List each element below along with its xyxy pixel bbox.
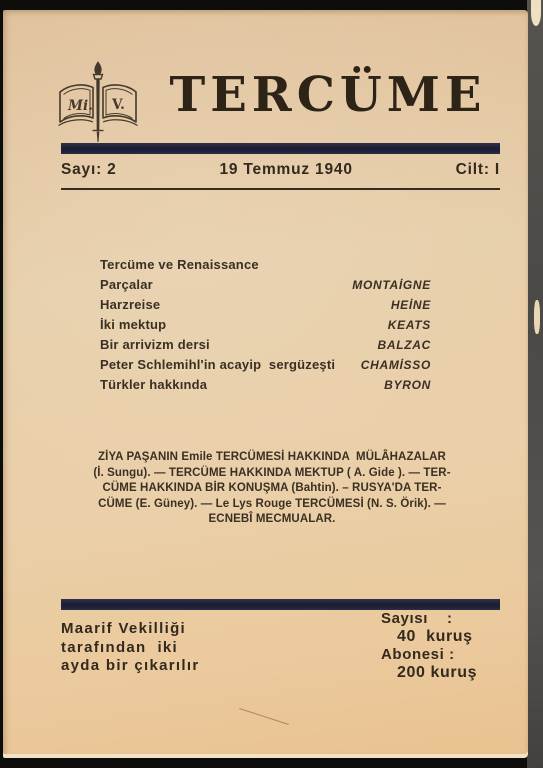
toc-entry-title: İki mektup (100, 317, 166, 332)
bottom-rule-bar (61, 599, 500, 610)
top-rule-bar (61, 143, 500, 154)
issue-number: Sayı: 2 (61, 161, 117, 179)
emblem-text-mi: Mi. (68, 100, 93, 114)
summary-line: ECNEBÎ MECMUALAR. (73, 512, 471, 528)
subscription-price-value: 200 kuruş (381, 664, 477, 682)
photo-frame: Mi. V. TERCÜME Sayı: 2 19 Temmuz 1940 Ci… (0, 0, 543, 768)
issue-info-row: Sayı: 2 19 Temmuz 1940 Cilt: I (61, 161, 500, 179)
toc-entry-author: MONTAİGNE (352, 278, 431, 292)
toc-entry-title: Parçalar (100, 277, 153, 292)
toc-entry-title: Türkler hakkında (100, 377, 207, 392)
table-of-contents: Tercüme ve Renaissance Parçalar MONTAİGN… (100, 257, 431, 397)
toc-row: Tercüme ve Renaissance (100, 257, 431, 277)
toc-row: Harzreise HEİNE (100, 297, 431, 317)
summary-line: ZİYA PAŞANIN Emile TERCÜMESİ HAKKINDA MÜ… (73, 450, 471, 466)
subscription-price-label: Abonesi : (381, 646, 477, 664)
page-corner-fleck (531, 0, 541, 26)
page-edge-strip (527, 0, 543, 768)
thin-rule (61, 188, 500, 190)
price-info: Sayısı : 40 kuruş Abonesi : 200 kuruş (381, 610, 477, 682)
toc-row: Türkler hakkında BYRON (100, 377, 431, 397)
single-issue-price-value: 40 kuruş (381, 628, 477, 646)
single-issue-price-label: Sayısı : (381, 610, 477, 628)
toc-row: Parçalar MONTAİGNE (100, 277, 431, 297)
magazine-cover: Mi. V. TERCÜME Sayı: 2 19 Temmuz 1940 Ci… (3, 10, 528, 758)
summary-line: CÜME (E. Güney). — Le Lys Rouge TERCÜMES… (73, 497, 471, 513)
toc-entry-author: BYRON (384, 378, 431, 392)
toc-row: Peter Schlemihl'in acayip sergüzeşti CHA… (100, 357, 431, 377)
publisher-line: Maarif Vekilliği (61, 620, 199, 639)
ministry-emblem: Mi. V. (55, 60, 141, 156)
paper-scratch (239, 708, 289, 725)
emblem-text-v: V. (112, 99, 125, 113)
toc-row: Bir arrivizm dersi BALZAC (100, 337, 431, 357)
publisher-note: Maarif Vekilliği tarafından iki ayda bir… (61, 620, 199, 676)
issue-date: 19 Temmuz 1940 (219, 161, 352, 179)
toc-entry-author: CHAMİSSO (361, 358, 431, 372)
volume-number: Cilt: I (456, 161, 500, 179)
summary-paragraph: ZİYA PAŞANIN Emile TERCÜMESİ HAKKINDA MÜ… (73, 450, 471, 528)
publisher-line: ayda bir çıkarılır (61, 657, 199, 676)
page-edge-fleck (534, 300, 540, 334)
toc-entry-author: BALZAC (377, 338, 431, 352)
toc-entry-title: Tercüme ve Renaissance (100, 257, 259, 272)
toc-row: İki mektup KEATS (100, 317, 431, 337)
publisher-line: tarafından iki (61, 639, 199, 658)
toc-entry-author: HEİNE (391, 298, 431, 312)
toc-entry-title: Bir arrivizm dersi (100, 337, 210, 352)
toc-entry-author: KEATS (388, 318, 431, 332)
toc-entry-title: Peter Schlemihl'in acayip sergüzeşti (100, 357, 335, 372)
toc-entry-title: Harzreise (100, 297, 160, 312)
summary-line: (İ. Sungu). — TERCÜME HAKKINDA MEKTUP ( … (73, 466, 471, 482)
summary-line: CÜME HAKKINDA BİR KONUŞMA (Bahtin). – RU… (73, 481, 471, 497)
magazine-title: TERCÜME (163, 70, 493, 120)
